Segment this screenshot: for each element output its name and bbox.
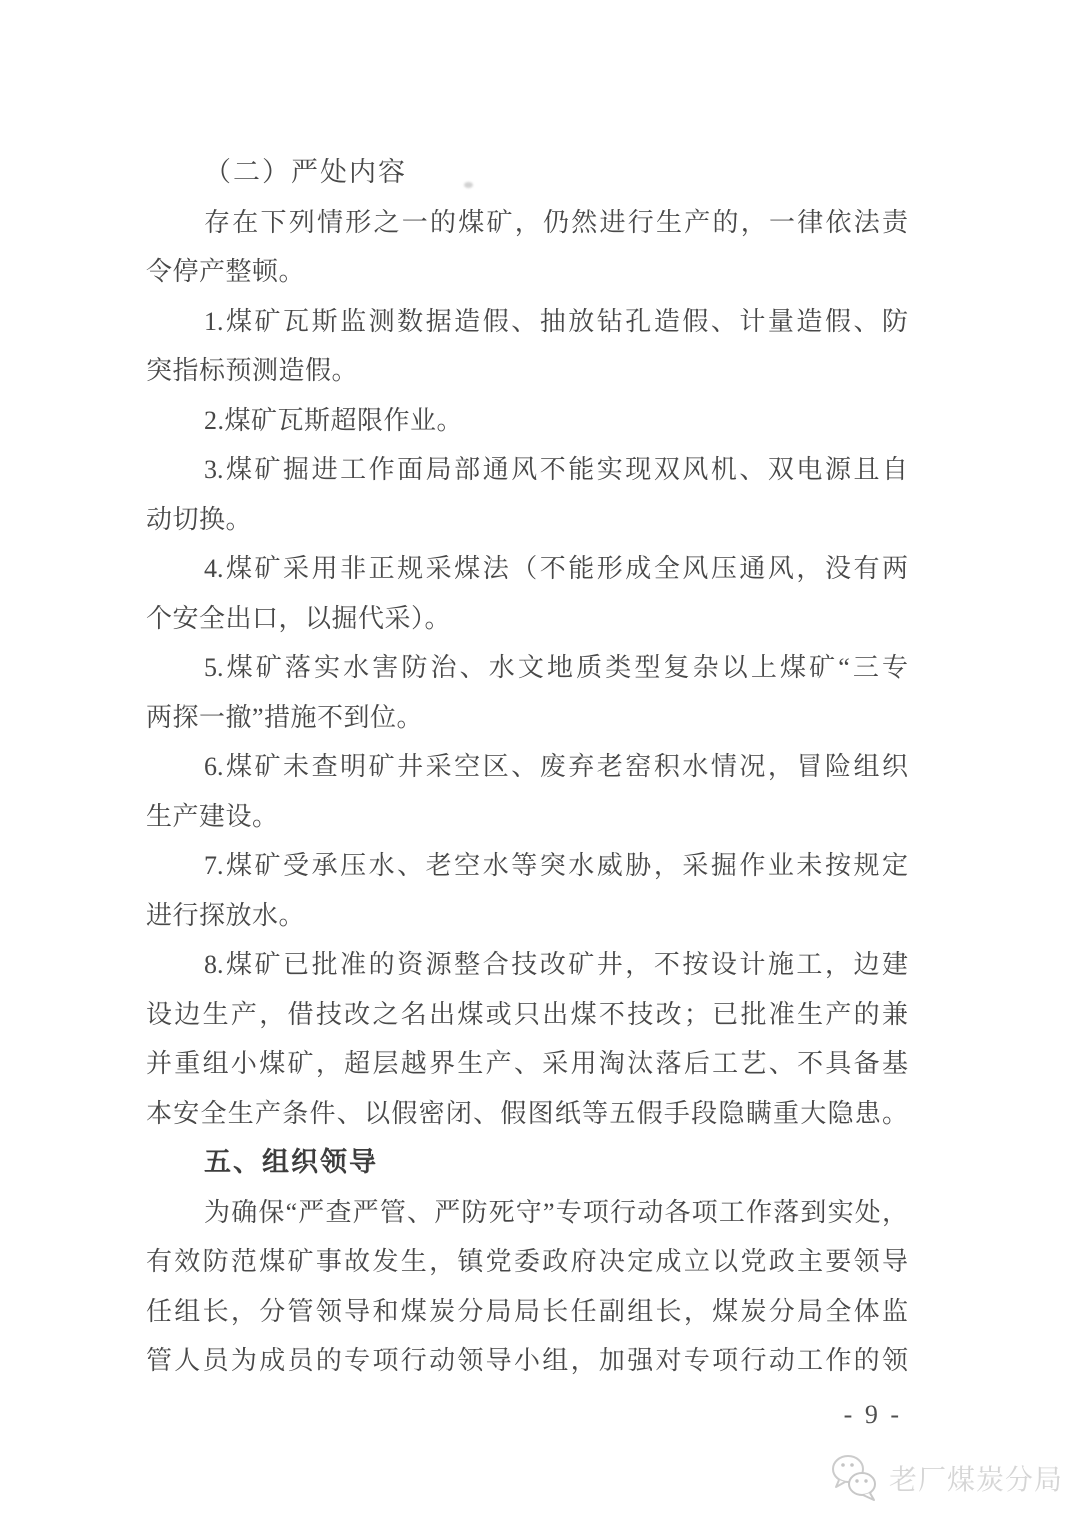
body-text-line: 管人员为成员的专项行动领导小组，加强对专项行动工作的领	[146, 1336, 908, 1386]
body-text-line: 3.煤矿掘进工作面局部通风不能实现双风机、双电源且自	[146, 445, 908, 495]
body-text-line: 8.煤矿已批准的资源整合技改矿井，不按设计施工，边建	[146, 940, 908, 990]
footer-watermark: 老厂煤炭分局	[827, 1452, 1063, 1504]
body-text-line: 7.煤矿受承压水、老空水等突水威胁，采掘作业未按规定	[146, 841, 908, 891]
body-text-line: 个安全出口，以掘代采）。	[146, 594, 908, 644]
body-text-line: 为确保“严查严管、严防死守”专项行动各项工作落到实处，	[146, 1188, 908, 1238]
page-number: - 9 -	[146, 1400, 902, 1430]
body-text-line: 存在下列情形之一的煤矿，仍然进行生产的，一律依法责	[146, 198, 908, 248]
body-text-line: 2.煤矿瓦斯超限作业。	[146, 396, 908, 446]
document-body: （二）严处内容 存在下列情形之一的煤矿，仍然进行生产的，一律依法责 令停产整顿。…	[146, 148, 908, 1386]
body-text-line: 两探一撤”措施不到位。	[146, 693, 908, 743]
body-text-line: 进行探放水。	[146, 891, 908, 941]
body-text-line: 设边生产，借技改之名出煤或只出煤不技改；已批准生产的兼	[146, 990, 908, 1040]
body-text-line: 动切换。	[146, 495, 908, 545]
body-text-line: 任组长，分管领导和煤炭分局局长任副组长，煤炭分局全体监	[146, 1287, 908, 1337]
body-text-line: 突指标预测造假。	[146, 346, 908, 396]
document-page: （二）严处内容 存在下列情形之一的煤矿，仍然进行生产的，一律依法责 令停产整顿。…	[0, 0, 1080, 1527]
scan-artifact	[464, 182, 473, 188]
subsection-heading: （二）严处内容	[146, 148, 908, 198]
body-text-line: 6.煤矿未查明矿井采空区、废弃老窑积水情况，冒险组织	[146, 742, 908, 792]
body-text-line: 5.煤矿落实水害防治、水文地质类型复杂以上煤矿“三专	[146, 643, 908, 693]
body-text-line: 本安全生产条件、以假密闭、假图纸等五假手段隐瞒重大隐患。	[146, 1089, 908, 1139]
watermark-label: 老厂煤炭分局	[889, 1458, 1063, 1498]
body-text-line: 1.煤矿瓦斯监测数据造假、抽放钻孔造假、计量造假、防	[146, 297, 908, 347]
section-heading: 五、组织领导	[146, 1138, 908, 1188]
wechat-logo-icon	[827, 1452, 883, 1504]
body-text-line: 令停产整顿。	[146, 247, 908, 297]
body-text-line: 4.煤矿采用非正规采煤法（不能形成全风压通风，没有两	[146, 544, 908, 594]
body-text-line: 有效防范煤矿事故发生，镇党委政府决定成立以党政主要领导	[146, 1237, 908, 1287]
body-text-line: 生产建设。	[146, 792, 908, 842]
body-text-line: 并重组小煤矿，超层越界生产、采用淘汰落后工艺、不具备基	[146, 1039, 908, 1089]
